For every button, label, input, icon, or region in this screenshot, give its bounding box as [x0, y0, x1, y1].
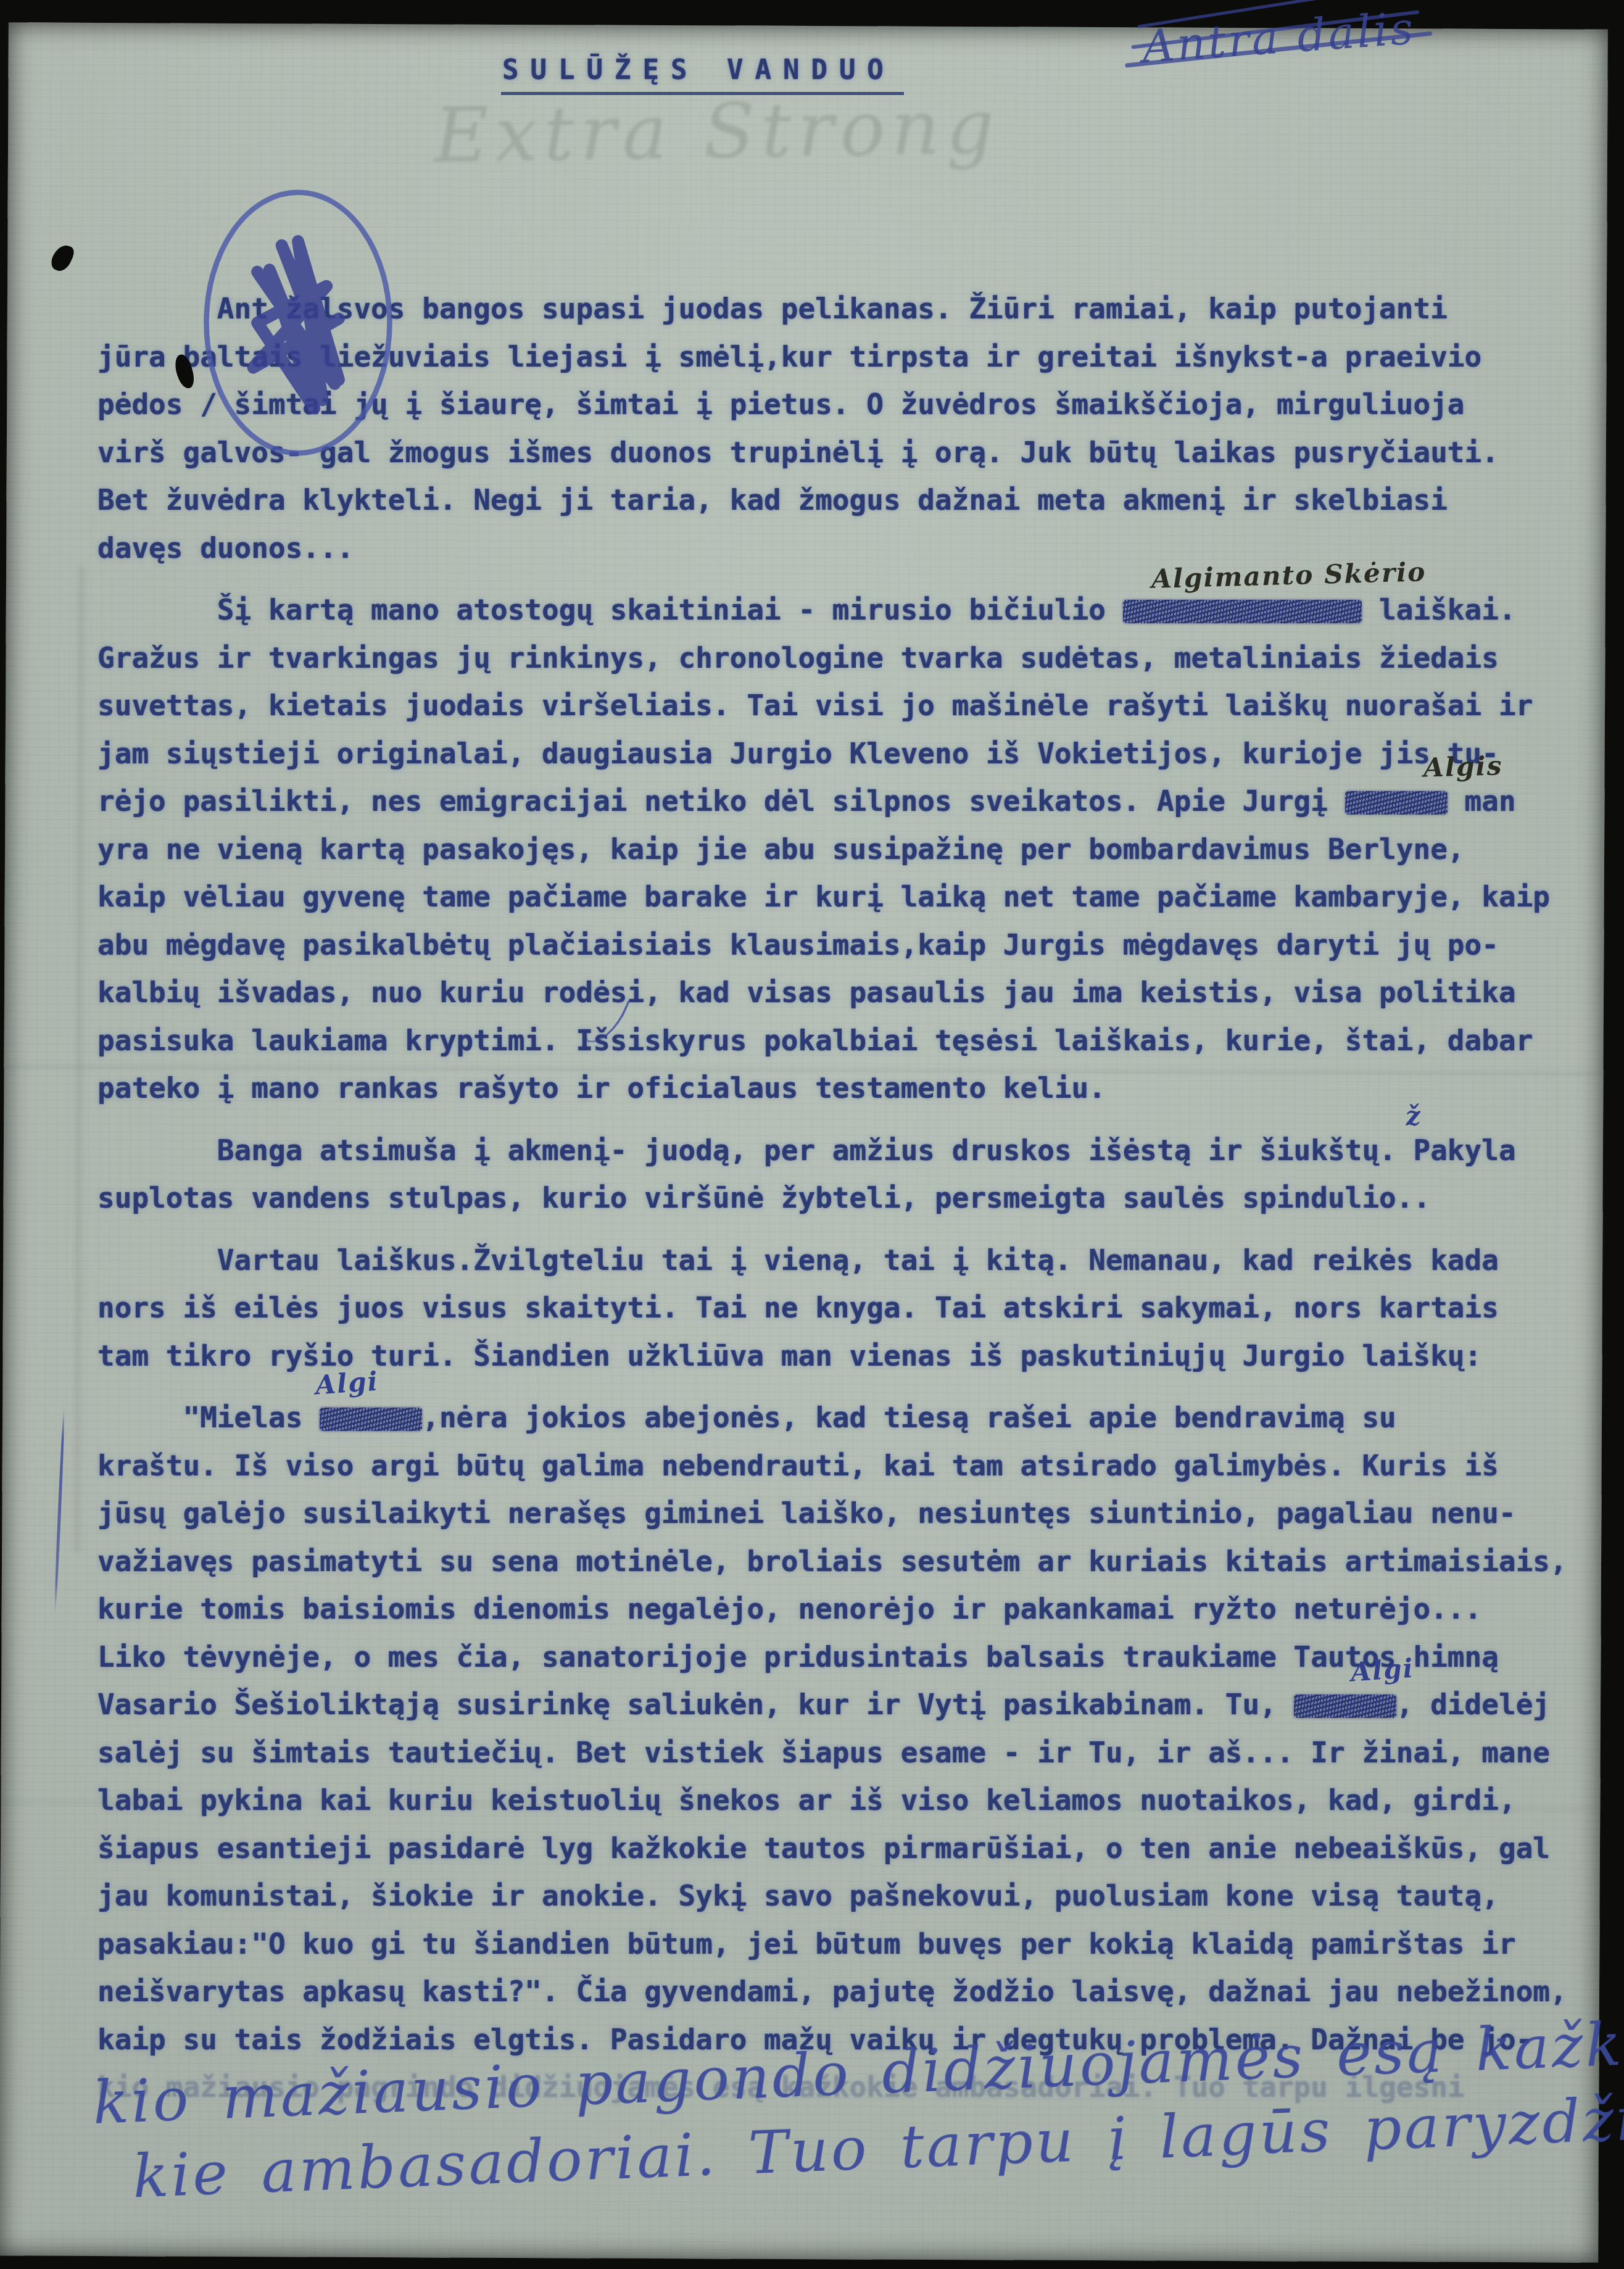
typed-line: Vasario Šešioliktąją susirinkę saliukėn,… [97, 1681, 1560, 1729]
typed-line: šiapus esantieji pasidarė lyg kažkokie t… [97, 1825, 1560, 1873]
scanned-page-background: { "colors": { "scanner_background": "#0c… [0, 0, 1624, 2269]
scribbled-out-word [1345, 791, 1448, 815]
typed-line: suplotas vandens stulpas, kurio viršūnė … [97, 1174, 1560, 1222]
typed-line: kaip vėliau gyvenę tame pačiame barake i… [97, 873, 1560, 921]
scribbled-out-word [1294, 1694, 1396, 1718]
typed-line: kalbių išvadas, nuo kuriu rodėsi, kad vi… [97, 969, 1560, 1017]
page-title: SULŪŽĘS VANDUO [501, 54, 904, 95]
typed-line: labai pykina kai kuriu keistuolių šnekos… [97, 1777, 1560, 1825]
typed-line: Vartau laiškus.Žvilgteliu tai į vieną, t… [97, 1237, 1560, 1285]
scribbled-out-word [320, 1408, 422, 1431]
handwritten-annotation: Algis [1423, 752, 1503, 781]
typed-line: yra ne vieną kartą pasakojęs, kaip jie a… [97, 826, 1560, 874]
paragraph: Šį kartą mano atostogų skaitiniai - miru… [97, 586, 1560, 1113]
paragraph: "Mielas ,nėra jokios abejonės, kad tiesą… [97, 1394, 1560, 2112]
typed-line: pateko į mano rankas rašyto ir oficialau… [97, 1064, 1560, 1113]
typed-line: rėjo pasilikti, nes emigracijai netiko d… [97, 778, 1560, 826]
typed-line: "Mielas ,nėra jokios abejonės, kad tiesą… [97, 1394, 1560, 1442]
handwritten-annotation: ž [1404, 1102, 1422, 1129]
paragraph: Banga atsimuša į akmenį- juodą, per amži… [97, 1127, 1560, 1222]
paragraph: Vartau laiškus.Žvilgteliu tai į vieną, t… [97, 1237, 1560, 1380]
handwritten-annotation: Algi [315, 1368, 379, 1398]
handwritten-annotation: Algimanto Skėrio [1151, 558, 1426, 592]
typed-line: Liko tėvynėje, o mes čia, sanatorijoje p… [97, 1633, 1560, 1682]
typed-line: suvettas, kietais juodais viršeliais. Ta… [97, 682, 1560, 730]
handwritten-annotation: Algi [1350, 1655, 1415, 1685]
typed-line: pasakiau:"O kuo gi tu šiandien būtum, je… [97, 1920, 1560, 1968]
scribbled-out-word [1123, 600, 1362, 623]
typed-line: kraštu. Iš viso argi būtų galima nebendr… [97, 1442, 1560, 1490]
typed-line: jūsų galėjo susilaikyti nerašęs giminei … [97, 1490, 1560, 1538]
typed-text-block: Ant žalsvos bangos supasi juodas pelikan… [97, 285, 1560, 2126]
typed-line: salėj su šimtais tautiečių. Bet vistiek … [97, 1729, 1560, 1777]
typed-line: jau komunistai, šiokie ir anokie. Sykį s… [97, 1872, 1560, 1920]
typed-line: Bet žuvėdra klykteli. Negi ji taria, kad… [97, 476, 1560, 525]
typed-line: Šį kartą mano atostogų skaitiniai - miru… [97, 586, 1560, 634]
typed-line: kurie tomis baisiomis dienomis negalėjo,… [97, 1585, 1560, 1633]
typed-line: neišvarytas apkasų kasti?". Čia gyvendam… [97, 1968, 1560, 2016]
typed-line: jam siųstieji originalai, daugiausia Jur… [97, 730, 1560, 778]
typed-line: pasisuka laukiama kryptimi. Išsiskyrus p… [97, 1017, 1560, 1065]
typed-line: Banga atsimuša į akmenį- juodą, per amži… [97, 1127, 1560, 1175]
vertical-crease [73, 566, 85, 1553]
crossed-out-page-number-scribble-icon [196, 178, 400, 468]
typed-line: abu mėgdavę pasikalbėtų plačiaisiais kla… [97, 921, 1560, 969]
typed-line: nors iš eilės juos visus skaityti. Tai n… [97, 1284, 1560, 1332]
typed-line: važiavęs pasimatyti su sena motinėle, br… [97, 1538, 1560, 1586]
typed-line: Gražus ir tvarkingas jų rinkinys, chrono… [97, 634, 1560, 682]
